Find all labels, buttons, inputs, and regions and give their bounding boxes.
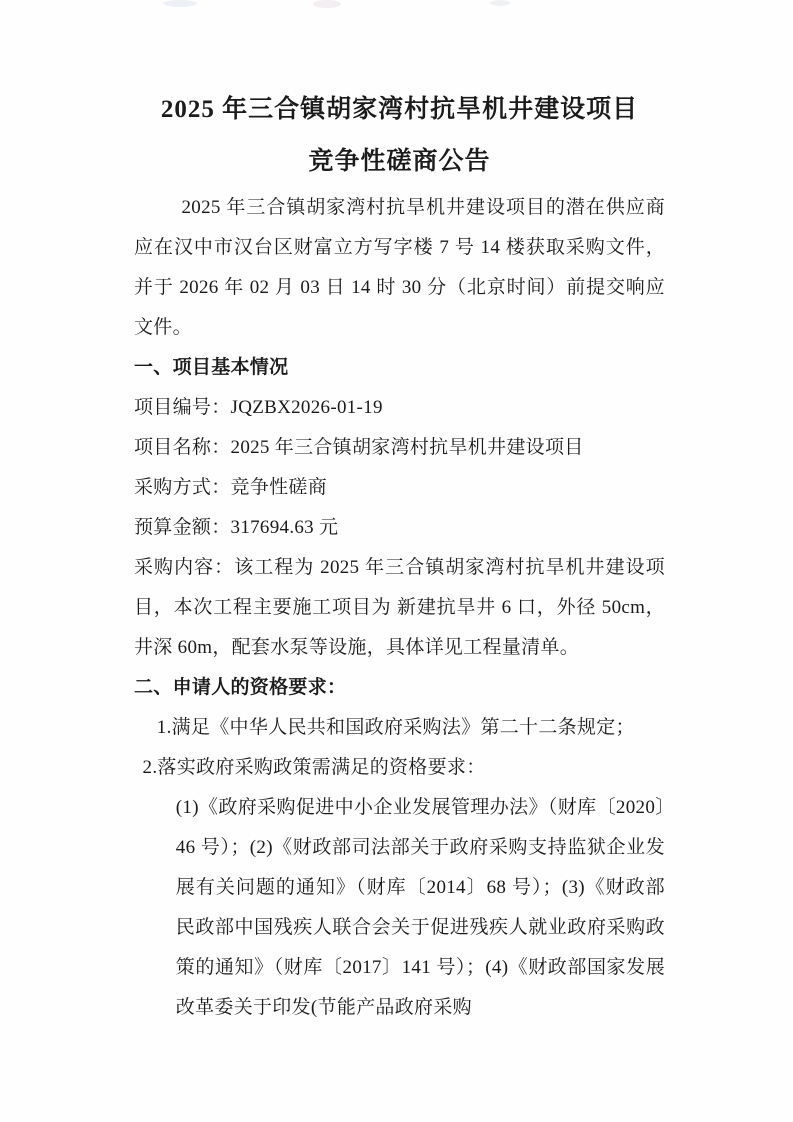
field-label: 采购方式： bbox=[134, 477, 231, 498]
field-procurement-method: 采购方式：竞争性磋商 bbox=[134, 468, 665, 508]
field-budget-amount: 预算金额：317694.63 元 bbox=[134, 508, 665, 548]
field-label: 项目名称： bbox=[134, 437, 231, 458]
field-value: 317694.63 元 bbox=[231, 517, 339, 538]
field-value: JQZBX2026-01-19 bbox=[231, 397, 383, 418]
field-label: 采购内容： bbox=[134, 557, 234, 578]
field-value: 竞争性磋商 bbox=[231, 477, 328, 498]
scanned-document-page: 2025 年三合镇胡家湾村抗旱机井建设项目 竞争性磋商公告 2025 年三合镇胡… bbox=[0, 0, 793, 1122]
scan-artifact bbox=[490, 0, 510, 6]
field-project-name: 项目名称：2025 年三合镇胡家湾村抗旱机井建设项目 bbox=[134, 428, 665, 468]
section2-heading: 二、申请人的资格要求： bbox=[134, 668, 665, 708]
intro-paragraph: 2025 年三合镇胡家湾村抗旱机井建设项目的潜在供应商应在汉中市汉台区财富立方写… bbox=[134, 188, 665, 348]
field-value: 2025 年三合镇胡家湾村抗旱机井建设项目 bbox=[231, 437, 584, 458]
section1-heading: 一、项目基本情况 bbox=[134, 348, 665, 388]
field-label: 预算金额： bbox=[134, 517, 231, 538]
field-label: 项目编号： bbox=[134, 397, 231, 418]
field-procurement-content: 采购内容：该工程为 2025 年三合镇胡家湾村抗旱机井建设项目，本次工程主要施工… bbox=[134, 548, 665, 668]
field-project-number: 项目编号：JQZBX2026-01-19 bbox=[134, 388, 665, 428]
document-title-line2: 竞争性磋商公告 bbox=[134, 136, 665, 188]
requirement-2: 2.落实政府采购政策需满足的资格要求： bbox=[134, 748, 665, 788]
requirement-1: 1.满足《中华人民共和国政府采购法》第二十二条规定； bbox=[134, 708, 665, 748]
document-title-line1: 2025 年三合镇胡家湾村抗旱机井建设项目 bbox=[134, 84, 665, 136]
scan-artifact bbox=[163, 0, 197, 7]
scan-artifact bbox=[313, 0, 341, 8]
document-content: 2025 年三合镇胡家湾村抗旱机井建设项目 竞争性磋商公告 2025 年三合镇胡… bbox=[134, 84, 665, 1028]
requirement-2-policies: (1)《政府采购促进中小企业发展管理办法》（财库〔2020〕46 号）；(2)《… bbox=[134, 788, 665, 1028]
